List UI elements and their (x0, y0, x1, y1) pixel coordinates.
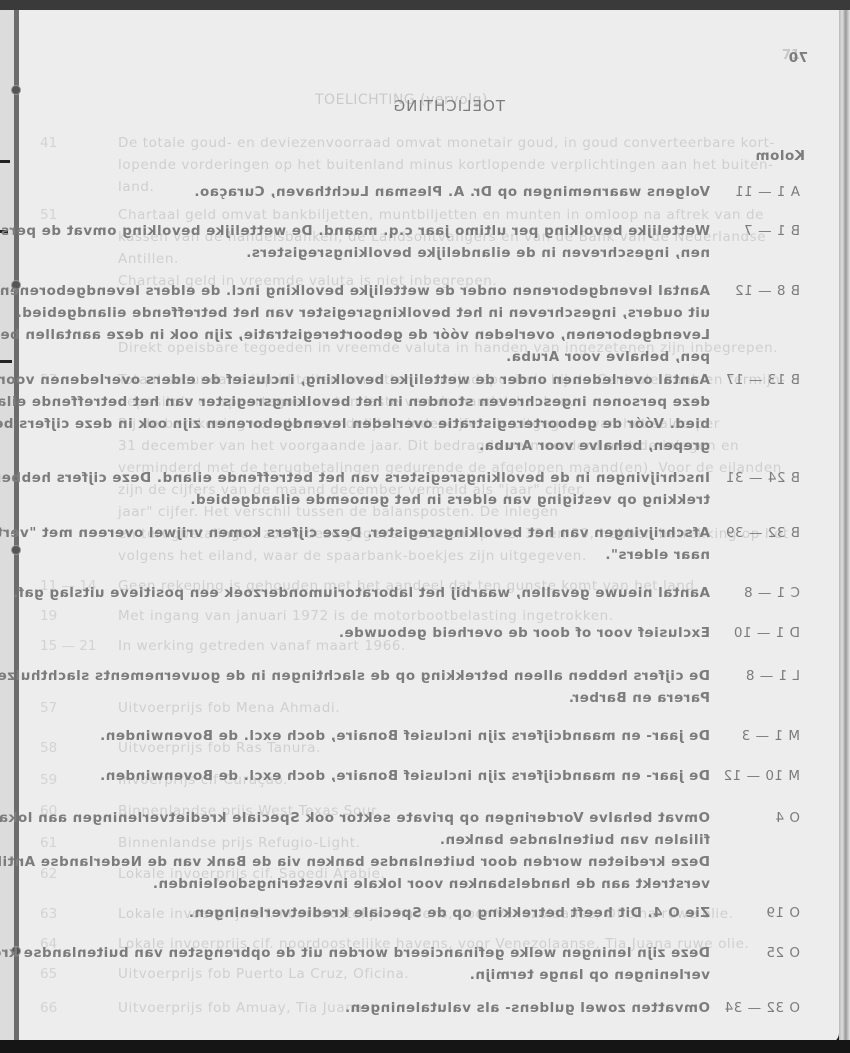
faint-note-line: Binnenlandse prijs Refugio-Light. (118, 835, 361, 851)
faint-note-line: Uitvoerprijs fob Puerto La Cruz, Oficina… (118, 966, 409, 982)
faint-note-line: Lokale invoerprijs cif. Saoedi Arabie. (118, 866, 385, 882)
faint-note-number: 19 (40, 608, 57, 624)
faint-note-number: 64 (40, 936, 57, 952)
binding-ring (11, 946, 21, 956)
faint-note-line: jaar" cijfer. Het verschil tussen de bal… (118, 504, 559, 520)
faint-title: TOELICHTING (vervolg) (315, 92, 488, 108)
faint-note-number: 66 (40, 1000, 57, 1016)
faint-note-number: 57 (40, 700, 57, 716)
page-stack-edge (839, 10, 850, 1053)
binding-spine (14, 10, 19, 1053)
faint-note-number: 62 (40, 866, 57, 882)
faint-note-line: Lokale invoerprijs cif. noordoostelijke … (118, 936, 749, 952)
faint-note-line: Direkt opeisbare tegoeden in vreemde val… (118, 340, 778, 356)
margin-mark (0, 360, 12, 363)
faint-note-line: en terugbetalingen zoals deze gegeven wo… (118, 526, 789, 542)
faint-note-line: Antillen. (118, 251, 179, 267)
faint-note-line: kassen van de handelsbanken, de Landsont… (118, 229, 766, 245)
faint-note-number: 63 (40, 906, 57, 922)
binding-ring (11, 545, 21, 555)
faint-note-number: 51 (40, 207, 57, 223)
faint-note-line: Invoerprijs cif Curaçao. (118, 772, 288, 788)
faint-note-number: 15 — 21 (40, 638, 96, 654)
faint-note-number: 61 (40, 835, 57, 851)
faint-note-number: 65 (40, 966, 57, 982)
faint-note-line: volgens het eiland, waar de spaarbank-bo… (118, 548, 587, 564)
faint-note-line: Chartaal geld in vreemde valuta is niet … (118, 273, 497, 289)
faint-note-line: zijn de cijfers van de maand december ve… (118, 482, 586, 498)
faint-note-line: Uitvoerprijs fob Mena Ahmadi. (118, 700, 340, 716)
faint-note-line: De totale goud- en deviezenvoorraad omva… (118, 135, 775, 151)
faint-note-line: Totaal secundaire liquiditeiten omvatten… (118, 372, 786, 388)
page-number-faint: 71 (782, 48, 800, 63)
faint-note-line: 31 december van het voorgaande jaar. Dit… (118, 438, 739, 454)
faint-note-line: Bij de berekening van de maandelijkse in… (118, 416, 720, 432)
faint-note-number: 11 — 14 (40, 578, 96, 594)
scan-bottom-border (0, 1040, 850, 1053)
faint-note-line: lopende vorderingen op het buitenland mi… (118, 157, 774, 173)
faint-note-line: Uitvoerprijs fob Ras Tanura. (118, 740, 321, 756)
faint-note-line: In werking getreden vanaf maart 1966. (118, 638, 406, 654)
faint-note-number: 57 (40, 372, 57, 388)
faint-note-line: verminderd met de terugbetalingen gedure… (118, 460, 782, 476)
faint-note-number: 59 (40, 772, 57, 788)
faint-note-line: Uitvoerprijs fob Amuay, Tia Juana. (118, 1000, 368, 1016)
faint-note-number: 60 (40, 803, 57, 819)
faint-note-number: 58 (40, 740, 57, 756)
margin-mark (0, 160, 10, 163)
faint-note-line: Chartaal geld omvat bankbiljetten, muntb… (118, 207, 764, 223)
previous-page-edge (0, 10, 14, 1053)
faint-note-line: Lokale invoerprijs cif. noordoostelijke … (118, 906, 734, 922)
binding-ring (11, 85, 21, 95)
faint-note-line: Met ingang van januari 1972 is de motorb… (118, 608, 614, 624)
faint-note-number: 41 (40, 135, 57, 151)
faint-note-line: land. (118, 179, 154, 195)
binding-ring (11, 280, 21, 290)
faint-note-line: Geen rekening is gehouden met het aandee… (118, 578, 700, 594)
margin-mark (0, 230, 8, 233)
faint-note-line: Binnenlandse prijs West Texas Sour. (118, 803, 381, 819)
faint-note-line: deposito's en spaartegoeden ten laste va… (118, 394, 574, 410)
